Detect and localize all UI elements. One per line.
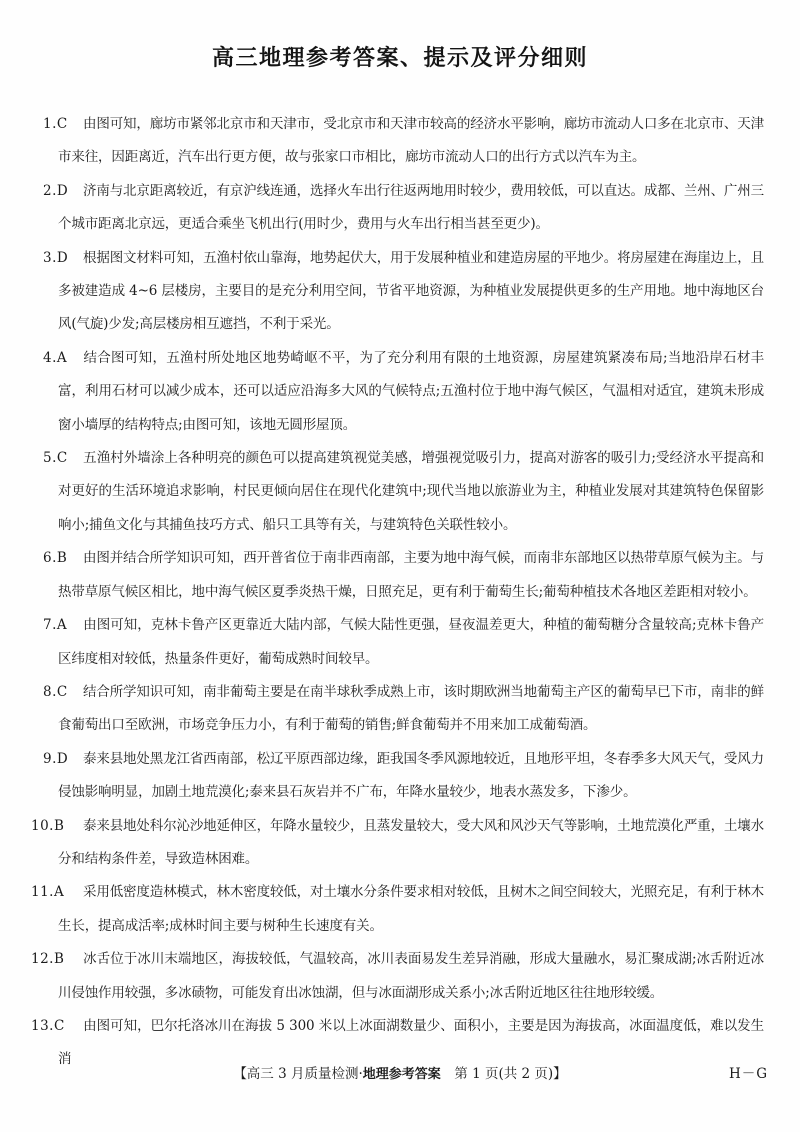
answer-item: 11.A采用低密度造林模式，林木密度较低，对土壤水分条件要求相对较低，且树木之间… — [31, 876, 764, 943]
answer-item: 1.C由图可知，廊坊市紧邻北京市和天津市，受北京市和天津市较高的经济水平影响，廊… — [31, 108, 764, 175]
answer-number: 5.C — [31, 442, 83, 475]
answer-sheet-page: 高三地理参考答案、提示及评分细则 1.C由图可知，廊坊市紧邻北京市和天津市，受北… — [0, 0, 800, 1132]
answer-item: 6.B由图并结合所学知识可知，西开普省位于南非西南部，主要为地中海气候，而南非东… — [31, 542, 764, 609]
footer-paper-code: H－G — [729, 1065, 768, 1083]
answer-number: 13.C — [31, 1010, 83, 1043]
answer-number: 7.A — [31, 609, 83, 642]
answer-number: 12.B — [31, 943, 83, 976]
answer-item: 7.A由图可知，克林卡鲁产区更靠近大陆内部，气候大陆性更强，昼夜温差更大，种植的… — [31, 609, 764, 676]
answer-text: 结合图可知，五渔村所处地区地势崎岖不平，为了充分利用有限的土地资源，房屋建筑紧凑… — [58, 350, 764, 433]
answer-text: 由图可知，克林卡鲁产区更靠近大陆内部，气候大陆性更强，昼夜温差更大，种植的葡萄糖… — [58, 617, 764, 666]
page-title: 高三地理参考答案、提示及评分细则 — [0, 46, 800, 72]
answer-text: 结合所学知识可知，南非葡萄主要是在南半球秋季成熟上市，该时期欧洲当地葡萄主产区的… — [58, 684, 764, 733]
footer-exam-name: 【高三 3 月质量检测· — [233, 1066, 362, 1082]
footer-page-number: 第 1 页(共 2 页)】 — [441, 1066, 567, 1082]
answer-item: 9.D泰来县地处黑龙江省西南部，松辽平原西部边缘，距我国冬季风源地较近，且地形平… — [31, 743, 764, 810]
answer-text: 采用低密度造林模式，林木密度较低，对土壤水分条件要求相对较低，且树木之间空间较大… — [58, 884, 764, 933]
answer-text: 五渔村外墙涂上各种明亮的颜色可以提高建筑视觉美感，增强视觉吸引力，提高对游客的吸… — [58, 450, 764, 533]
answer-number: 4.A — [31, 342, 83, 375]
answer-text: 根据图文材料可知，五渔村依山靠海，地势起伏大，用于发展种植业和建造房屋的平地少。… — [58, 250, 764, 333]
answer-number: 2.D — [31, 175, 83, 208]
answer-item: 12.B冰舌位于冰川末端地区，海拔较低，气温较高，冰川表面易发生差异消融，形成大… — [31, 943, 764, 1010]
page-footer: 【高三 3 月质量检测·地理参考答案 第 1 页(共 2 页)】 H－G — [0, 1065, 800, 1089]
answer-item: 8.C结合所学知识可知，南非葡萄主要是在南半球秋季成熟上市，该时期欧洲当地葡萄主… — [31, 676, 764, 743]
answer-item: 5.C五渔村外墙涂上各种明亮的颜色可以提高建筑视觉美感，增强视觉吸引力，提高对游… — [31, 442, 764, 542]
answer-item: 10.B泰来县地处科尔沁沙地延伸区，年降水量较少，且蒸发量较大，受大风和风沙天气… — [31, 810, 764, 877]
answer-text: 由图并结合所学知识可知，西开普省位于南非西南部，主要为地中海气候，而南非东部地区… — [58, 550, 764, 599]
answer-list: 1.C由图可知，廊坊市紧邻北京市和天津市，受北京市和天津市较高的经济水平影响，廊… — [31, 108, 764, 1077]
answer-number: 6.B — [31, 542, 83, 575]
answer-number: 11.A — [31, 876, 83, 909]
answer-text: 济南与北京距离较近，有京沪线连通，选择火车出行往返两地用时较少，费用较低，可以直… — [58, 183, 764, 232]
answer-text: 由图可知，巴尔托洛冰川在海拔 5 300 米以上冰面湖数量少、面积小，主要是因为… — [58, 1018, 764, 1067]
answer-number: 10.B — [31, 810, 83, 843]
answer-text: 冰舌位于冰川末端地区，海拔较低，气温较高，冰川表面易发生差异消融，形成大量融水，… — [58, 951, 764, 1000]
answer-number: 1.C — [31, 108, 83, 141]
answer-text: 由图可知，廊坊市紧邻北京市和天津市，受北京市和天津市较高的经济水平影响，廊坊市流… — [58, 116, 764, 165]
footer-subject: 地理参考答案 — [363, 1067, 441, 1082]
answer-item: 3.D根据图文材料可知，五渔村依山靠海，地势起伏大，用于发展种植业和建造房屋的平… — [31, 242, 764, 342]
answer-text: 泰来县地处科尔沁沙地延伸区，年降水量较少，且蒸发量较大，受大风和风沙天气等影响，… — [58, 818, 764, 867]
answer-number: 8.C — [31, 676, 83, 709]
answer-item: 4.A结合图可知，五渔村所处地区地势崎岖不平，为了充分利用有限的土地资源，房屋建… — [31, 342, 764, 442]
answer-number: 9.D — [31, 743, 83, 776]
answer-item: 2.D济南与北京距离较近，有京沪线连通，选择火车出行往返两地用时较少，费用较低，… — [31, 175, 764, 242]
answer-text: 泰来县地处黑龙江省西南部，松辽平原西部边缘，距我国冬季风源地较近，且地形平坦，冬… — [58, 751, 764, 800]
answer-number: 3.D — [31, 242, 83, 275]
